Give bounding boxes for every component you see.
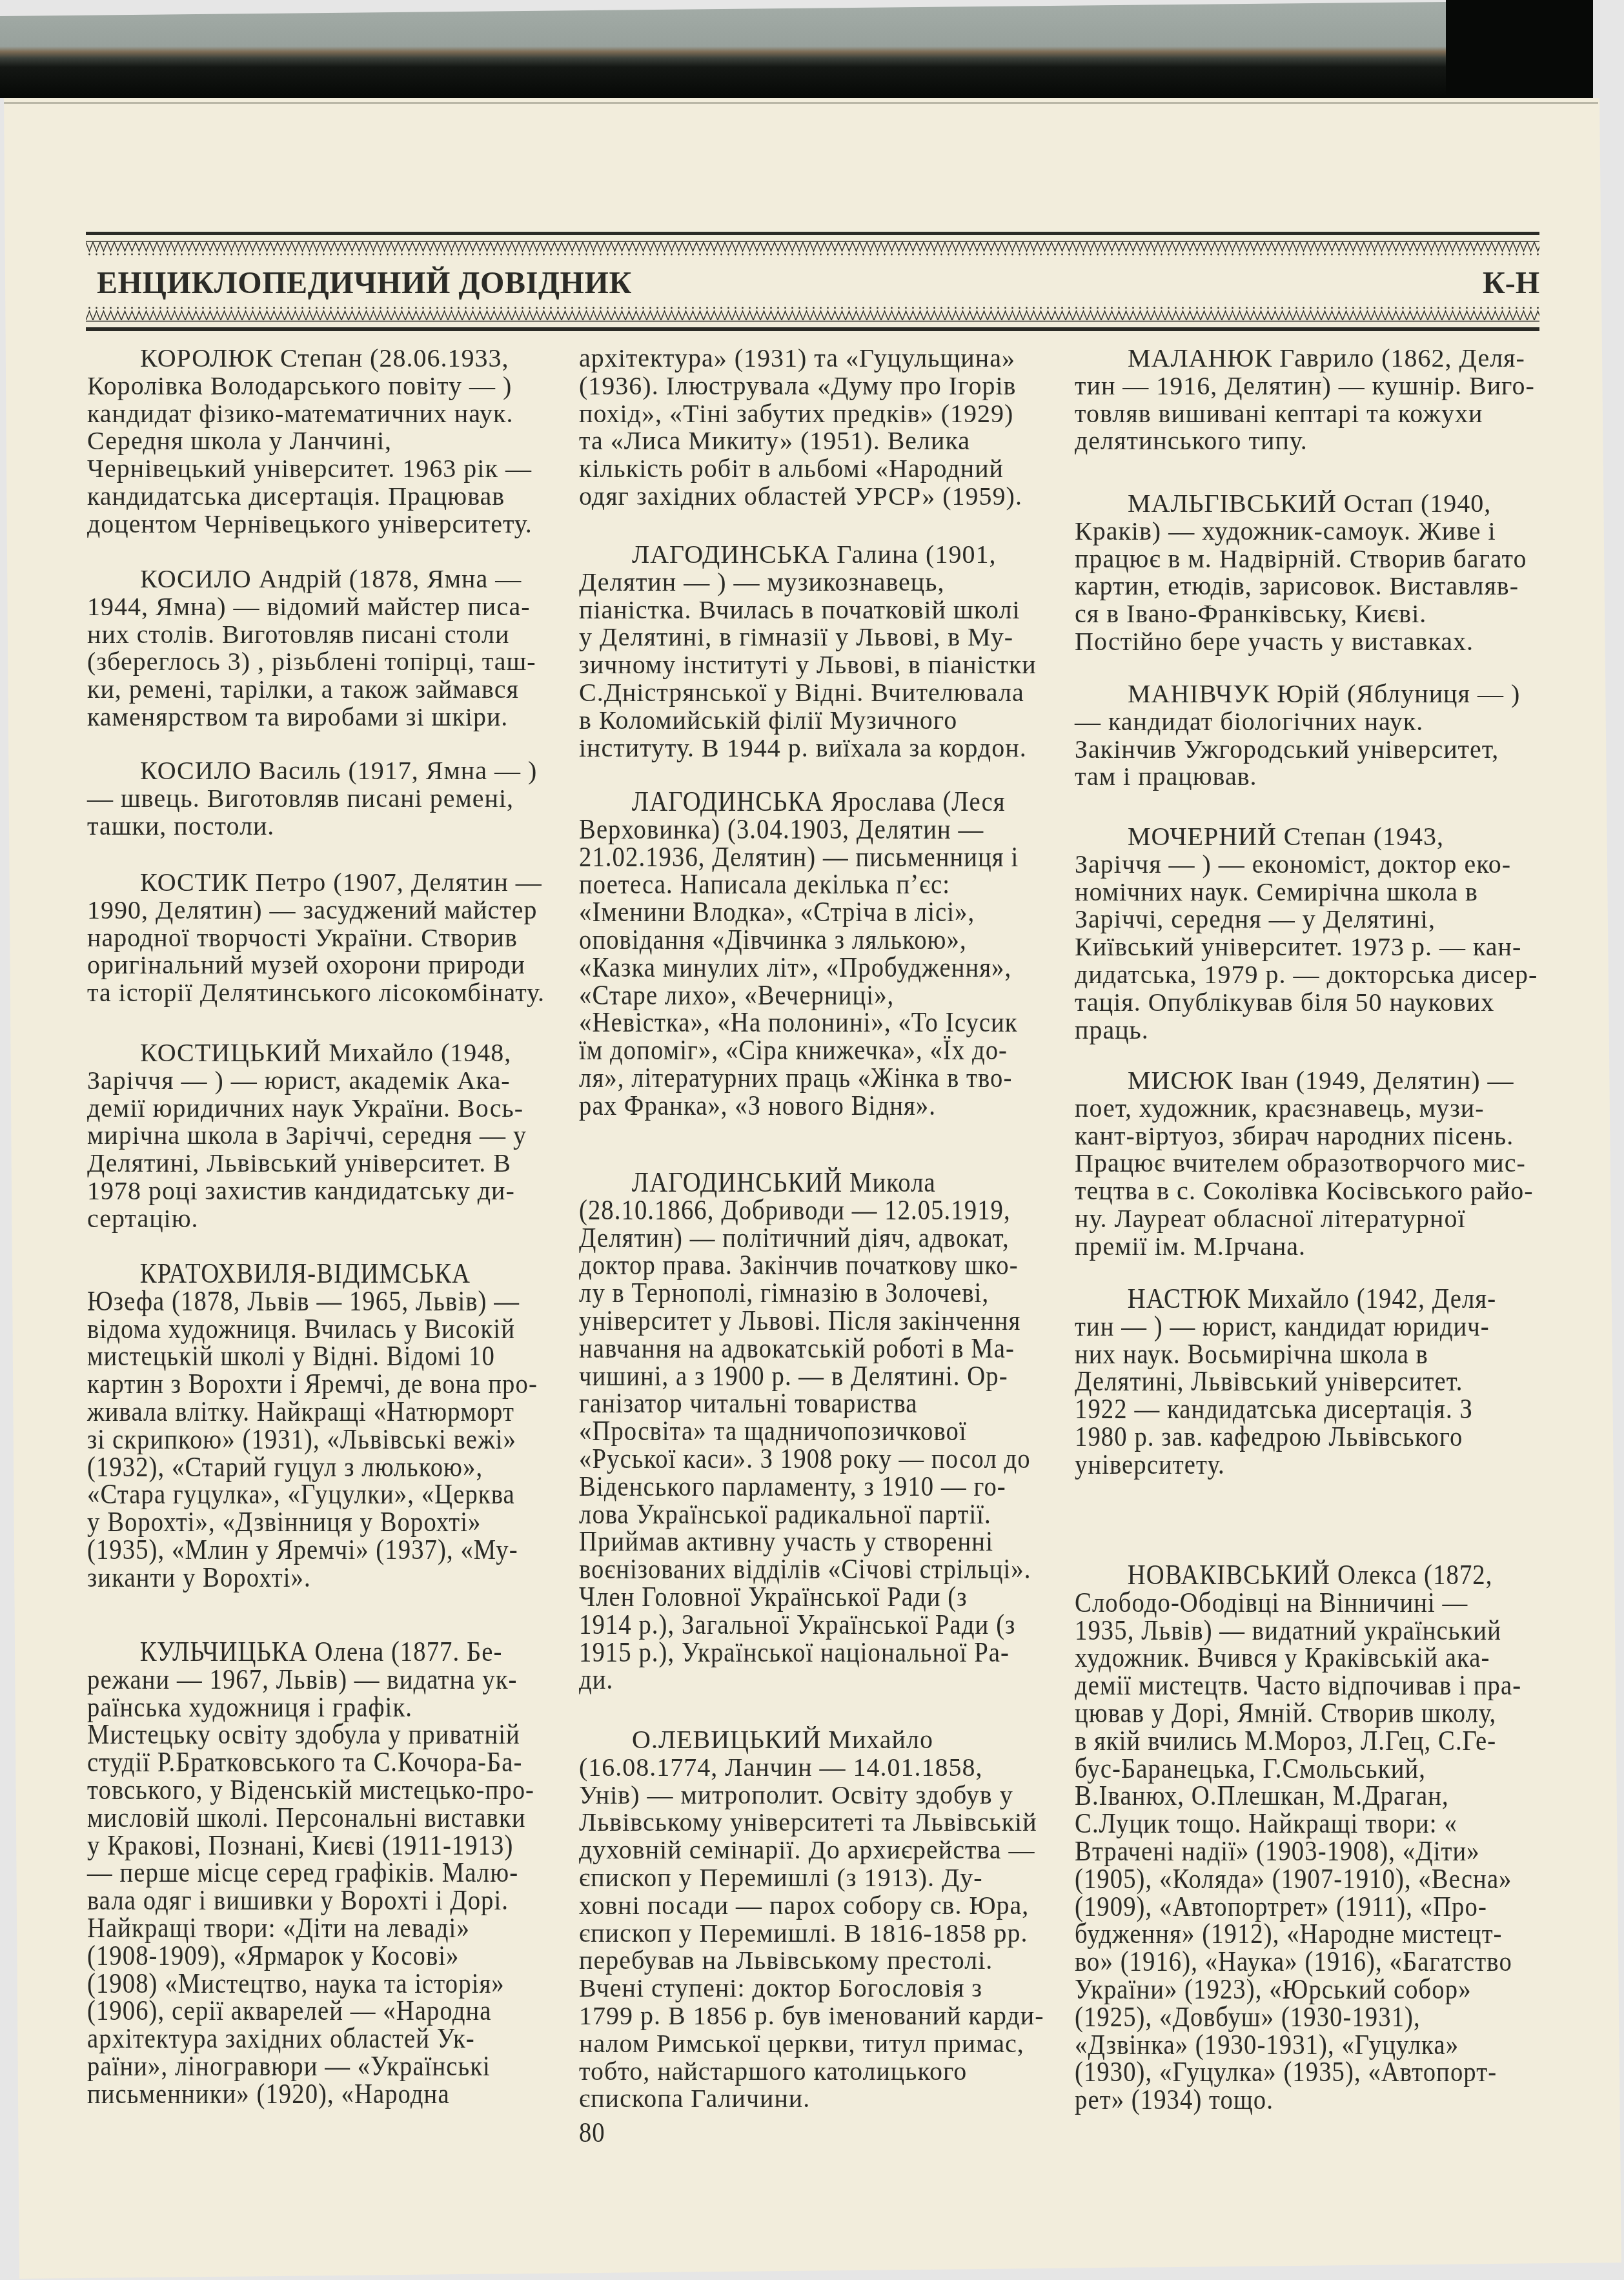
entry-text-line: мисловій школі. Персональні виставки [87,1804,511,1832]
entry-text-line: Заріччя — ) — економіст, доктор еко- [1075,851,1556,879]
entry-text-line: піаністка. Вчилась в початковій школі [579,596,1060,624]
entry-text-line: (1935), «Млин у Яремчі» (1937), «Му- [87,1536,511,1564]
entry-mochernyi-stepan: МОЧЕРНИЙ Степан (1943,Заріччя — ) — екон… [1075,823,1556,1044]
entry-text-line: тецтва в с. Соколівка Косівського райо- [1075,1177,1556,1205]
entry-levytskyi-mykhailo: О.ЛЕВИЦЬКИЙ Михайло(16.08.1774, Ланчин —… [579,1726,1060,2113]
entry-text-line: народної творчості України. Створив [87,924,568,952]
entry-text-line: (1930), «Гуцулка» (1935), «Автопорт- [1075,2059,1498,2086]
entry-text-line: бус-Баранецька, Г.Смольський, [1075,1755,1498,1783]
entry-text-line: у Кракові, Познані, Києві (1911-1913) [87,1832,511,1860]
entry-text-line: 1922 — кандидатська дисертація. З [1075,1396,1498,1423]
entry-text-line: Делятині, Львівський університет. [1075,1368,1498,1396]
entry-heading-line: КУЛЬЧИЦЬКА Олена (1877. Бе- [87,1638,511,1666]
entry-kulchytska-olena: КУЛЬЧИЦЬКА Олена (1877. Бе-режани — 1967… [87,1638,568,2108]
entry-text-line: 1915 р.), Української національної Ра- [579,1639,1002,1667]
entry-text-line: (1906), серії акварелей — «Народна [87,1997,511,2025]
entry-text-line: (1908) «Мистецтво, наука та історія» [87,1970,511,1998]
entry-text-line: перебував на Львівському престолі. [579,1947,1060,1975]
entry-text-line: Верховинка) (3.04.1903, Делятин — [579,816,1002,844]
entry-text-line: Середня школа у Ланчині, [87,427,568,455]
entry-lahodynskyi-mykola: ЛАГОДИНСЬКИЙ Микола(28.10.1866, Добривод… [579,1169,1060,1694]
entry-text-line: «Стара гуцулка», «Гуцулки», «Церква [87,1481,511,1509]
entry-heading-line: КОРОЛЮК Степан (28.06.1933, [87,345,568,372]
entry-text-line: у Делятині, в гімназії у Львові, в Му- [579,624,1060,651]
entry-text-line: «Дзвінка» (1930-1931), «Гуцулка» [1075,2031,1498,2059]
entry-text-line: Заріччі, середня — у Делятині, [1075,906,1556,933]
entry-text-line: Віденського парламенту, з 1910 — го- [579,1473,1002,1501]
entry-text-line: (1908-1909), «Ярмарок у Косові» [87,1942,511,1970]
entry-text-line: лова Української радикальної партії. [579,1501,1002,1529]
entry-text-line: кількість робіт в альбомі «Народний [579,455,1060,483]
book-page: ЕНЦИКЛОПЕДИЧНИЙ ДОВІДНИК К-Н КОРОЛЮК Сте… [0,0,1624,2280]
entry-text-line: Втрачені надії» (1903-1908), «Діти» [1075,1838,1498,1866]
entry-text-line: відома художниця. Вчилась у Високій [87,1316,511,1343]
entry-text-line: 1978 році захистив кандидатську ди- [87,1177,568,1205]
entry-text-line: Працює вчителем образотворчого мис- [1075,1150,1556,1177]
entry-heading-line: МАЛЬГІВСЬКИЙ Остап (1940, [1075,490,1556,518]
entry-text-line: Слободо-Ободівці на Вінничині — [1075,1589,1498,1617]
entry-text-line: (1936). Ілюструвала «Думу про Ігорів [579,372,1060,400]
entry-text-line: зиканти у Ворохті». [87,1564,511,1592]
entry-text-line: демії юридичних наук України. Вось- [87,1095,568,1123]
entry-text-line: Вчені ступені: доктор Богословія з [579,1975,1060,2002]
entry-text-line: раїнська художниця і графік. [87,1694,511,1722]
entry-text-line: Київський університет. 1973 р. — кан- [1075,933,1556,961]
entry-heading-line: КОСТИЦЬКИЙ Михайло (1948, [87,1039,568,1067]
entry-text-line: в Коломийській філії Музичного [579,707,1060,735]
entry-heading-line: КРАТОХВИЛЯ-ВІДИМСЬКА [87,1260,511,1288]
entry-text-line: раїни», ліногравюри — «Українські [87,2053,511,2081]
entry-text-line: цював у Дорі, Ямній. Створив школу, [1075,1700,1498,1727]
entry-text-line: Краків) — художник-самоук. Живе і [1075,518,1556,545]
entry-text-line: мирічна школа в Заріччі, середня — у [87,1122,568,1150]
entry-text-line: живала влітку. Найкращі «Натюрморт [87,1398,511,1426]
entry-text-line: 21.02.1936, Делятин) — письменниця і [579,844,1002,871]
entry-text-line: них наук. Восьмирічна школа в [1075,1341,1498,1369]
entry-text-line: єпископ у Перемишлі. В 1816-1858 рр. [579,1920,1060,1948]
entry-text-line: оповідання «Дівчинка з лялькою», [579,926,1002,954]
entry-text-line: С.Дністрянської у Відні. Вчителювала [579,679,1060,707]
scanner-shadow-band [0,0,1446,98]
entry-text-line: Член Головної Української Ради (з [579,1583,1002,1611]
entry-heading-line: ЛАГОДИНСЬКИЙ Микола [579,1169,1002,1197]
entry-text-line: 1935, Львів) — видатний український [1075,1617,1498,1645]
entry-text-line: художник. Вчився у Краківській ака- [1075,1644,1498,1672]
entry-kratokhvylia-vidymska-yuzefa: КРАТОХВИЛЯ-ВІДИМСЬКАЮзефа (1878, Львів —… [87,1260,568,1592]
entry-kostytskyi-mykhailo: КОСТИЦЬКИЙ Михайло (1948,Заріччя — ) — ю… [87,1039,568,1233]
entry-text-line: там і працював. [1075,763,1556,791]
entry-text-line: 1980 р. зав. кафедрою Львівського [1075,1423,1498,1451]
entry-heading-line: ЛАГОДИНСЬКА Галина (1901, [579,541,1060,569]
entry-text-line: кант-віртуоз, збирач народних пісень. [1075,1123,1556,1150]
entry-text-line: тація. Опублікував біля 50 наукових [1075,989,1556,1017]
entry-text-line: Мистецьку освіту здобула у приватній [87,1721,511,1749]
entry-text-line: духовній семінарії. До архиєрейства — [579,1837,1060,1864]
entry-text-line: працює в м. Надвірній. Створив багато [1075,545,1556,573]
entry-text-line: ля», літературних праць «Жінка в тво- [579,1064,1002,1092]
entry-text-line: поетеса. Написала декілька п’єс: [579,871,1002,899]
entry-text-line: тобто, найстаршого католицького [579,2058,1060,2086]
entry-heading-line: КОСИЛО Андрій (1878, Ямна — [87,565,568,593]
entry-text-line: налом Римської церкви, титул примас, [579,2030,1060,2058]
entry-text-line: зі скрипкою» (1931), «Львівські вежі» [87,1426,511,1454]
entry-text-line: чишині, а з 1900 р. — в Делятині. Ор- [579,1363,1002,1390]
entry-text-line: премії ім. М.Ірчана. [1075,1233,1556,1261]
text-column-1: КОРОЛЮК Степан (28.06.1933,Королівка Вол… [87,0,568,2280]
text-column-3: МАЛАНЮК Гаврило (1862, Деля-тин — 1916, … [1075,0,1556,2280]
scanner-dark-corner [1446,0,1593,99]
entry-text-line: оригінальний музей охорони природи [87,952,568,979]
entry-text-line: в якій вчились М.Мороз, Л.Гец, С.Ге- [1075,1727,1498,1755]
entry-text-line: Унів) — митрополит. Освіту здобув у [579,1782,1060,1809]
entry-text-line: «Іменини Влодка», «Стріча в лісі», [579,899,1002,926]
entry-text-line: поет, художник, краєзнавець, музи- [1075,1095,1556,1123]
entry-text-line: будження» (1912), «Народне мистецт- [1075,1920,1498,1948]
entry-text-line: сертацію. [87,1205,568,1233]
entry-heading-line: НАСТЮК Михайло (1942, Деля- [1075,1285,1498,1313]
entry-text-line: кандидат фізико-математичних наук. [87,400,568,428]
entry-text-line: архітектура» (1931) та «Гуцульщина» [579,345,1060,372]
entry-text-line: делятинського типу. [1075,427,1556,455]
entry-text-line: «Казка минулих літ», «Пробудження», [579,954,1002,982]
entry-text-line: похід», «Тіні забутих предків» (1929) [579,400,1060,428]
entry-text-line: картин з Ворохти і Яремчі, де вона про- [87,1370,511,1398]
entry-kulchytska-olena-continued: архітектура» (1931) та «Гуцульщина»(1936… [579,345,1060,511]
entry-text-line: товляв вишивані кептарі та кожухи [1075,400,1556,428]
entry-text-line: Делятин — ) — музикознавець, [579,569,1060,596]
entry-text-line: Львівському університеті та Львівській [579,1809,1060,1837]
entry-text-line: студії Р.Братковського та С.Кочора-Ба- [87,1749,511,1776]
entry-text-line: картин, етюдів, зарисовок. Виставляв- [1075,573,1556,600]
entry-text-line: одяг західних областей УРСР» (1959). [579,483,1060,511]
entry-text-line: зичному інституті у Львові, в піаністки [579,651,1060,679]
entry-text-line: Приймав активну участь у створенні [579,1528,1002,1556]
entry-novakivskyi-oleksa: НОВАКІВСЬКИЙ Олекса (1872,Слободо-Ободів… [1075,1562,1556,2114]
entry-text-line: режани — 1967, Львів) — видатна ук- [87,1666,511,1694]
entry-text-line: Делятині, Львівський університет. В [87,1150,568,1177]
entry-heading-line: КОСИЛО Василь (1917, Ямна — ) [87,757,568,785]
entry-heading-line: О.ЛЕВИЦЬКИЙ Михайло [579,1726,1060,1754]
entry-text-line: (1932), «Старий гуцул з люлькою», [87,1454,511,1481]
entry-lahodynska-halyna: ЛАГОДИНСЬКА Галина (1901,Делятин — ) — м… [579,541,1060,762]
entry-text-line: рет» (1934) тощо. [1075,2086,1498,2114]
entry-text-line: ди. [579,1666,1002,1694]
page-number: 80 [579,2119,605,2147]
entry-text-line: ганізатор читальні товариства [579,1390,1002,1418]
entry-text-line: інституту. В 1944 р. виїхала за кордон. [579,735,1060,762]
entry-text-line: Королівка Володарського повіту — ) [87,372,568,400]
entry-text-line: та «Лиса Микиту» (1951). Велика [579,427,1060,455]
entry-text-line: — швець. Виготовляв писані ремені, [87,785,568,813]
entry-text-line: України» (1923), «Юрський собор» [1075,1976,1498,2004]
entry-text-line: (16.08.1774, Ланчин — 14.01.1858, [579,1754,1060,1782]
entry-nastiuk-mykhailo: НАСТЮК Михайло (1942, Деля-тин — ) — юри… [1075,1285,1556,1479]
entry-text-line: «Руської каси». З 1908 року — посол до [579,1445,1002,1473]
entry-text-line: єпископа Галичини. [579,2085,1060,2113]
entry-text-line: В.Іванюх, О.Плешкан, М.Драган, [1075,1782,1498,1810]
entry-korolyuk-stepan: КОРОЛЮК Степан (28.06.1933,Королівка Вол… [87,345,568,538]
entry-text-line: воєнізованих відділів «Січові стрільці». [579,1556,1002,1583]
entry-text-line: (1909), «Автопортрет» (1911), «Про- [1075,1893,1498,1921]
entry-text-line: 1944, Ямна) — відомий майстер писа- [87,593,568,621]
entry-malhivskyi-ostap: МАЛЬГІВСЬКИЙ Остап (1940,Краків) — худож… [1075,490,1556,656]
entry-text-line: та історії Делятинського лісокомбінату. [87,979,568,1007]
entry-heading-line: ЛАГОДИНСЬКА Ярослава (Леся [579,788,1002,816]
entry-text-line: у Ворохті», «Дзвінниця у Ворохті» [87,1509,511,1536]
entry-text-line: 1799 р. В 1856 р. був іменований карди- [579,2002,1060,2030]
entry-heading-line: КОСТИК Петро (1907, Делятин — [87,869,568,897]
entry-mysiuk-ivan: МИСЮК Іван (1949, Делятин) —поет, художн… [1075,1067,1556,1261]
entry-text-line: 1990, Делятин) — засуджений майстер [87,897,568,924]
entry-text-line: університет у Львові. Після закінчення [579,1307,1002,1335]
entry-lahodynska-yaroslava: ЛАГОДИНСЬКА Ярослава (ЛесяВерховинка) (3… [579,788,1060,1120]
entry-kosylo-andrii: КОСИЛО Андрій (1878, Ямна —1944, Ямна) —… [87,565,568,731]
entry-text-line: ся в Івано-Франківську, Києві. [1075,600,1556,628]
entry-text-line: єпископ у Перемишлі (з 1913). Ду- [579,1864,1060,1892]
text-column-2: архітектура» (1931) та «Гуцульщина»(1936… [579,0,1060,2280]
entry-manivchuk-yurii: МАНІВЧУК Юрій (Яблуниця — )— кандидат бі… [1075,680,1556,791]
entry-text-line: Постійно бере участь у виставках. [1075,628,1556,656]
entry-text-line: во» (1916), «Наука» (1916), «Багатство [1075,1948,1498,1976]
entry-kosylo-vasyl: КОСИЛО Василь (1917, Ямна — )— швець. Ви… [87,757,568,840]
entry-text-line: мистецькій школі у Відні. Відомі 10 [87,1343,511,1370]
entry-text-line: вала одяг і вишивки у Ворохті і Дорі. [87,1887,511,1915]
entry-text-line: Делятин) — політичний діяч, адвокат, [579,1225,1002,1252]
entry-text-line: ну. Лауреат обласної літературної [1075,1205,1556,1233]
entry-text-line: тин — ) — юрист, кандидат юридич- [1075,1313,1498,1341]
entry-text-line: 1914 р.), Загальної Української Ради (з [579,1611,1002,1639]
entry-text-line: навчання на адвокатській роботі в Ма- [579,1335,1002,1363]
entry-heading-line: МОЧЕРНИЙ Степан (1943, [1075,823,1556,851]
entry-text-line: «Невістка», «На полонині», «То Ісусик [579,1009,1002,1037]
entry-text-line: рах Франка», «З нового Відня». [579,1092,1002,1120]
entry-text-line: кандидатська дисертація. Працював [87,483,568,511]
entry-text-line: (28.10.1866, Добриводи — 12.05.1919, [579,1197,1002,1225]
entry-text-line: номічних наук. Семирічна школа в [1075,879,1556,906]
entry-text-line: «Старе лихо», «Вечерниці», [579,982,1002,1010]
entry-text-line: університету. [1075,1451,1498,1479]
entry-text-line: (1925), «Довбуш» (1930-1931), [1075,2004,1498,2031]
entry-text-line: Юзефа (1878, Львів — 1965, Львів) — [87,1288,511,1316]
entry-text-line: дидатська, 1979 р. — докторська дисер- [1075,961,1556,989]
entry-heading-line: МАЛАНЮК Гаврило (1862, Деля- [1075,345,1556,372]
entry-text-line: доктор права. Закінчив початкову шко- [579,1252,1002,1279]
entry-text-line: каменярством та виробами зі шкіри. [87,704,568,731]
entry-text-line: С.Луцик тощо. Найкращі твори: « [1075,1810,1498,1838]
entry-text-line: їм допоміг», «Сіра книжечка», «Їх до- [579,1037,1002,1064]
entry-malaniuk-havrylo: МАЛАНЮК Гаврило (1862, Деля-тин — 1916, … [1075,345,1556,455]
entry-text-line: них столів. Виготовляв писані столи [87,621,568,649]
entry-text-line: «Просвіта» та щадничопозичкової [579,1418,1002,1445]
entry-text-line: письменники» (1920), «Народна [87,2081,511,2108]
entry-text-line: архітектура західних областей Ук- [87,2025,511,2053]
entry-text-line: — перше місце серед графіків. Малю- [87,1859,511,1887]
entry-heading-line: НОВАКІВСЬКИЙ Олекса (1872, [1075,1562,1498,1589]
entry-text-line: (збереглось 3) , різьблені топірці, таш- [87,648,568,676]
entry-text-line: (1905), «Коляда» (1907-1910), «Весна» [1075,1866,1498,1893]
entry-text-line: — кандидат біологічних наук. [1075,708,1556,736]
entry-text-line: лу в Тернополі, гімназію в Золочеві, [579,1279,1002,1307]
entry-text-line: товського, у Віденській мистецько-про- [87,1776,511,1804]
entry-text-line: Найкращі твори: «Діти на леваді» [87,1915,511,1942]
entry-text-line: Чернівецький університет. 1963 рік — [87,455,568,483]
entry-text-line: праць. [1075,1017,1556,1044]
entry-text-line: демії мистецтв. Часто відпочивав і пра- [1075,1672,1498,1700]
entry-heading-line: МАНІВЧУК Юрій (Яблуниця — ) [1075,680,1556,708]
entry-text-line: доцентом Чернівецького університету. [87,511,568,538]
entry-text-line: ховні посади — парох собору св. Юра, [579,1892,1060,1920]
entry-text-line: Заріччя — ) — юрист, академік Ака- [87,1067,568,1095]
entry-text-line: ки, ремені, тарілки, а також займався [87,676,568,704]
entry-kostyk-petro: КОСТИК Петро (1907, Делятин —1990, Делят… [87,869,568,1007]
entry-text-line: Закінчив Ужгородський університет, [1075,736,1556,764]
entry-heading-line: МИСЮК Іван (1949, Делятин) — [1075,1067,1556,1095]
entry-text-line: ташки, постоли. [87,813,568,840]
entry-text-line: тин — 1916, Делятин) — кушнір. Виго- [1075,372,1556,400]
